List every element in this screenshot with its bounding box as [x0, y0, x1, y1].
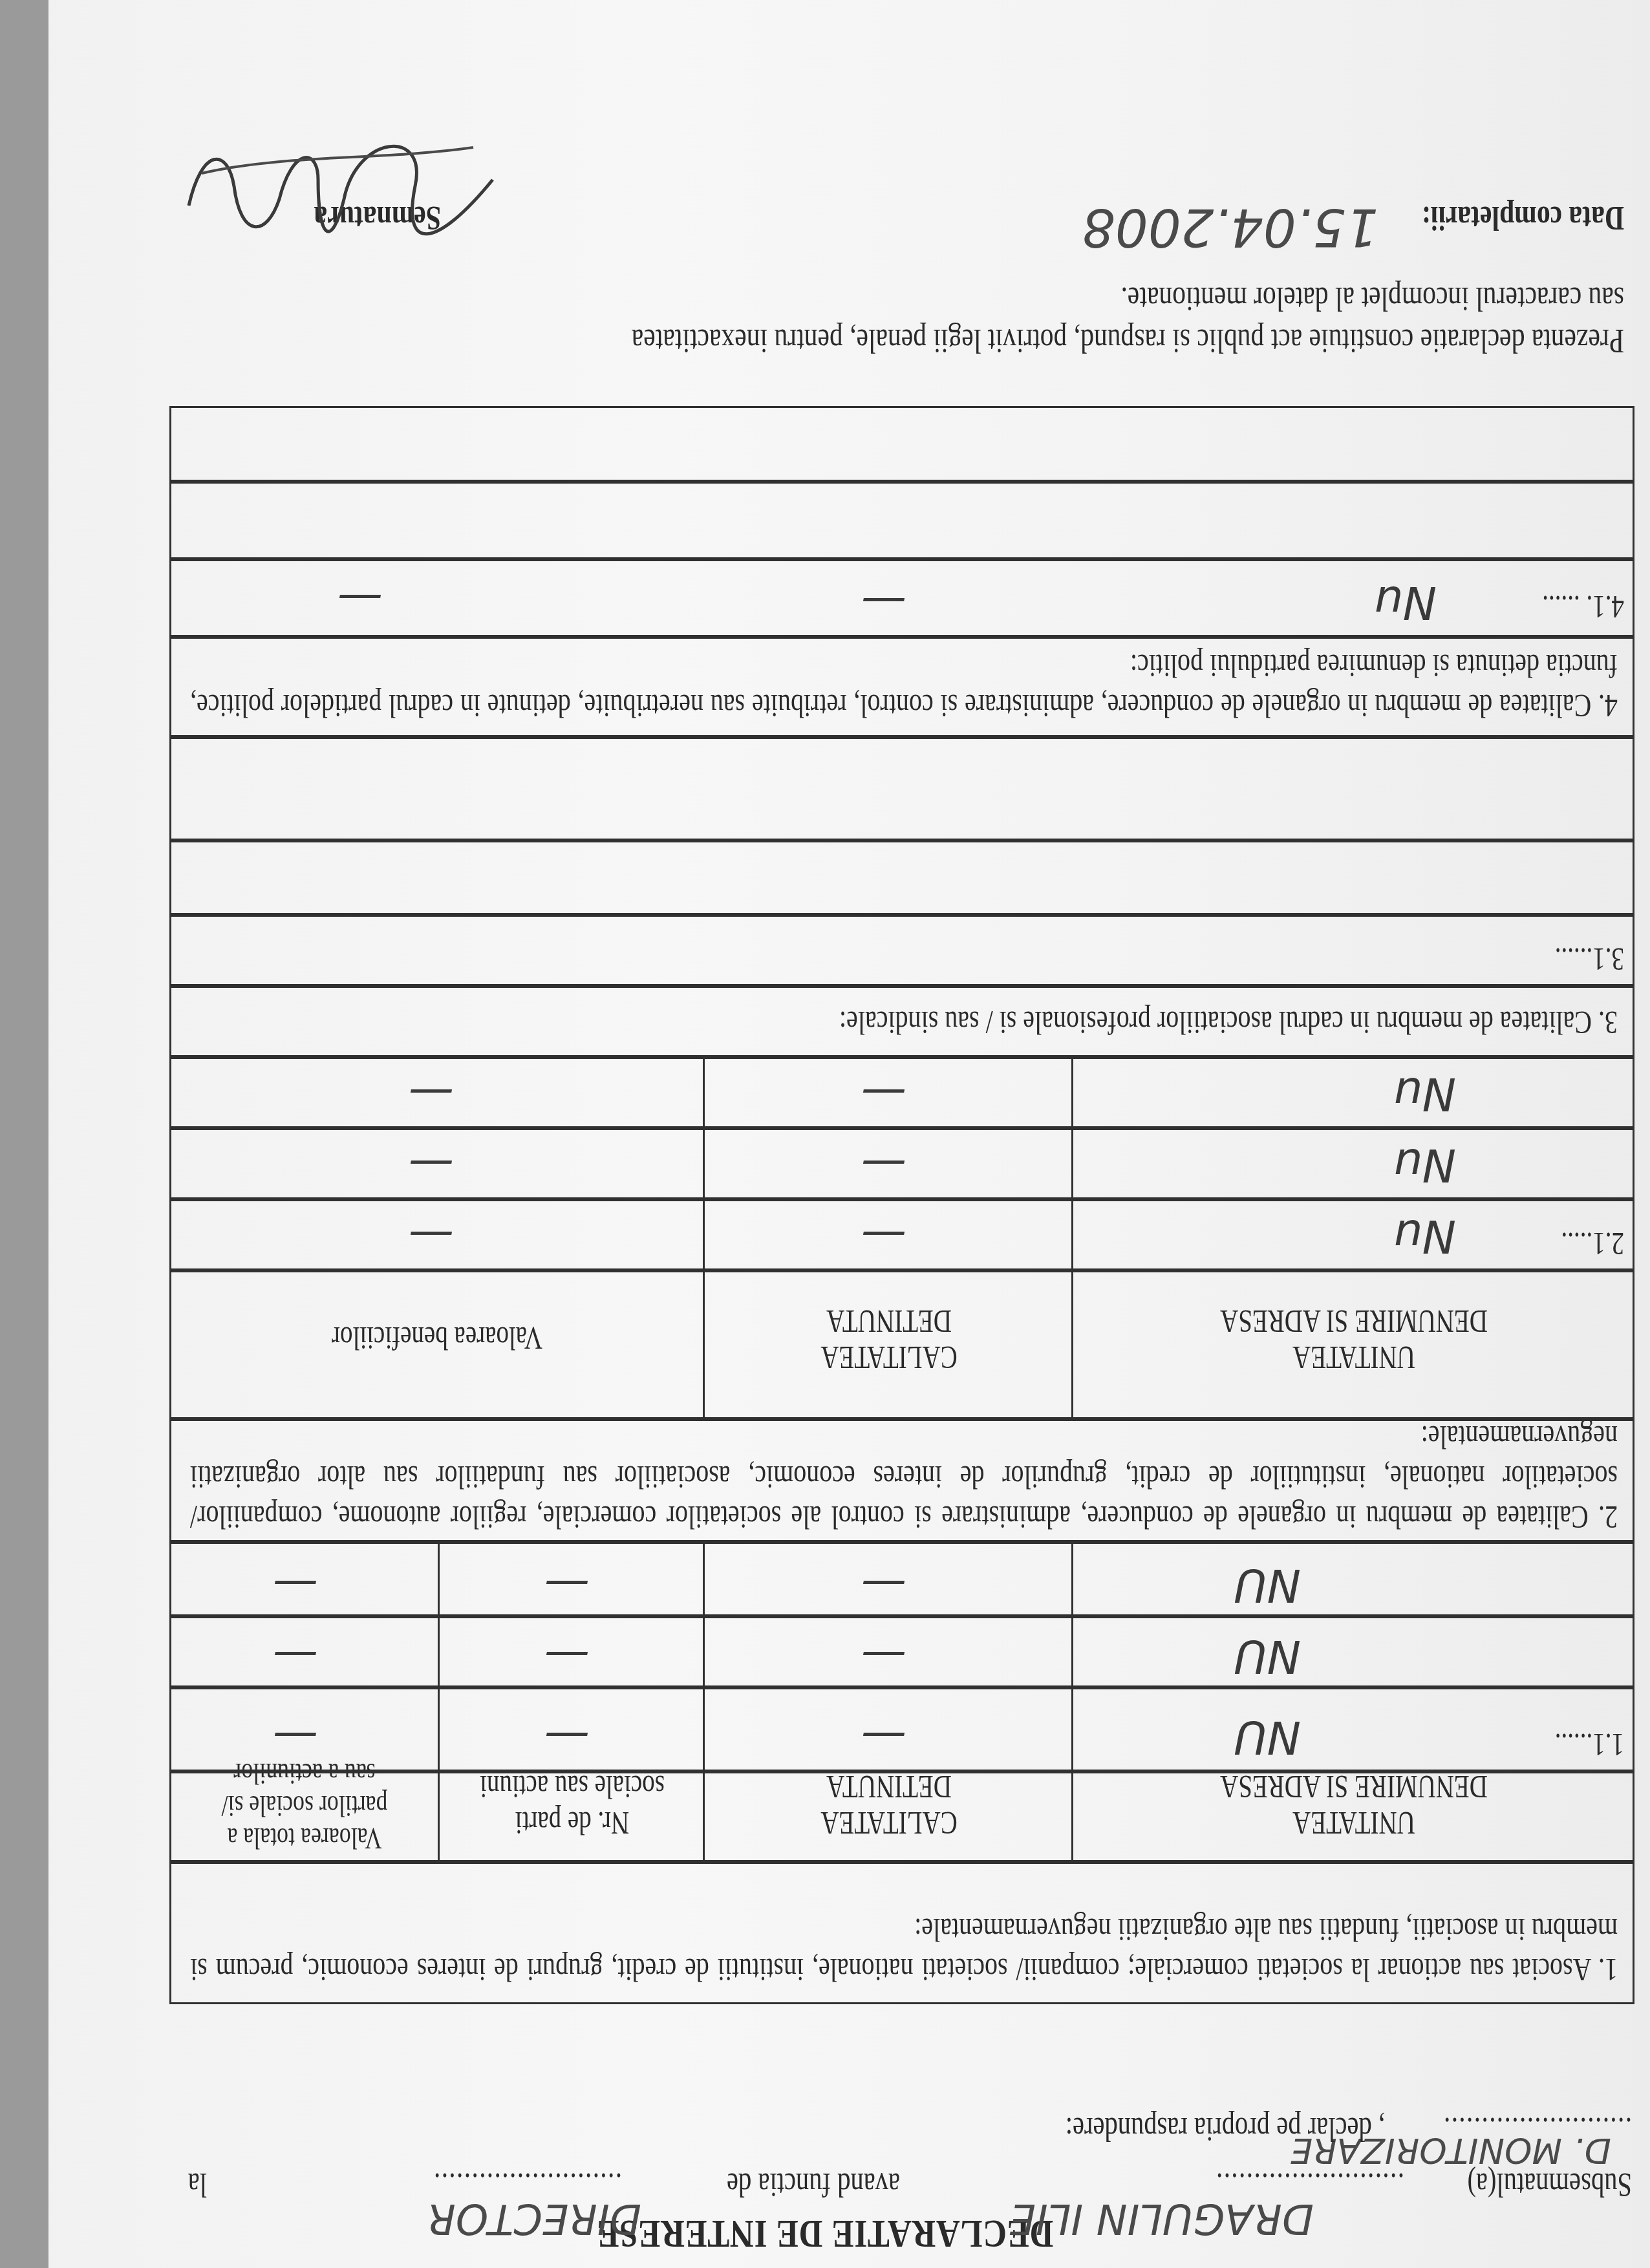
s2-r1-valoare: — — [409, 1210, 454, 1263]
s4-r1-dash: — — [861, 576, 906, 629]
s2-r1-unitatea: Nu — [1393, 1210, 1456, 1263]
col-divider — [1071, 1057, 1073, 1419]
s2-r1-calitatea: — — [861, 1210, 906, 1263]
scanned-document-page: DECLARATIE DE INTERESE Subsemnatul(a) ..… — [0, 0, 1650, 2268]
row-divider — [169, 1540, 1634, 1544]
s2-r2-valoare: — — [409, 1139, 454, 1192]
row-divider — [169, 480, 1634, 484]
row-divider — [169, 557, 1634, 561]
s1-r2-valoare: — — [273, 1630, 318, 1683]
section-2-text: 2. Calitatea de membru in organele de co… — [190, 1417, 1618, 1537]
row-divider — [169, 1126, 1634, 1130]
s1-r3-unitatea: NU — [1234, 1559, 1301, 1612]
col-divider — [1071, 1540, 1073, 1862]
row-divider — [169, 635, 1634, 639]
intro-declar: , declar pe propria raspundere: — [1066, 2110, 1385, 2148]
intro-suffix: la — [188, 2165, 207, 2203]
row-divider — [169, 1268, 1634, 1272]
s1-r2-calitatea: — — [861, 1630, 906, 1683]
scanner-margin — [0, 0, 48, 2268]
s1-r1-nr: — — [544, 1711, 590, 1764]
date-label: Data completarii: — [1422, 197, 1624, 238]
s2-col-calitatea: CALITATEA DETINUTA — [745, 1303, 1033, 1376]
s2-col-unitatea: UNITATEA DENUMIRE SI ADRESA — [1135, 1303, 1572, 1376]
row-divider — [169, 984, 1634, 988]
row-divider — [169, 1417, 1634, 1421]
col-divider — [703, 1057, 705, 1419]
row-divider — [169, 839, 1634, 842]
s1-r1-valoare: — — [273, 1711, 318, 1764]
signature-icon — [176, 109, 512, 277]
col-divider — [703, 1540, 705, 1862]
row-divider — [169, 735, 1634, 739]
s1-col-calitatea: CALITATEA DETINUTA — [745, 1769, 1033, 1841]
row-divider — [169, 1685, 1634, 1689]
statement-line-2: sau caracterul incomplet al datelor ment… — [1121, 277, 1625, 319]
s1-r3-nr: — — [544, 1559, 590, 1612]
s1-r3-calitatea: — — [861, 1559, 906, 1612]
s1-r3-valoare: — — [273, 1559, 318, 1612]
s1-r1-calitatea: — — [861, 1711, 906, 1764]
row-divider — [169, 913, 1634, 917]
s4-row-label: 4.1. ...... — [1542, 588, 1624, 626]
s2-r2-unitatea: Nu — [1393, 1139, 1456, 1192]
s2-r2-calitatea: — — [861, 1139, 906, 1192]
section-4-text: 4. Calitatea de membru in organele de co… — [190, 646, 1618, 726]
s4-r1-value: Nu — [1374, 576, 1437, 629]
row-divider — [169, 1770, 1634, 1773]
s3-row-label: 3.1...... — [1555, 941, 1624, 978]
col-divider — [438, 1540, 440, 1862]
s1-col-unitatea: UNITATEA DENUMIRE SI ADRESA — [1135, 1769, 1572, 1841]
s2-r3-valoare: — — [409, 1067, 454, 1120]
date-value: 15.04.2008 — [1082, 197, 1378, 257]
s1-r2-nr: — — [544, 1630, 590, 1683]
row-divider — [169, 1055, 1634, 1059]
s2-col-valoarea: Valoarea beneficiilor — [228, 1320, 646, 1356]
s1-col-nr-parti: Nr. de parti sociale sau actiuni — [469, 1769, 676, 1841]
handwritten-function: DIRECTOR — [427, 2194, 641, 2242]
section-1-text: 1. Asociat sau actionar la societati com… — [190, 1910, 1618, 1990]
s1-r1-unitatea: NU — [1234, 1711, 1301, 1764]
s1-row-label: 1.1...... — [1555, 1726, 1624, 1764]
statement-line-1: Prezenta declaratie constituie act publi… — [632, 319, 1624, 361]
s1-r2-unitatea: NU — [1234, 1630, 1301, 1683]
intro-mid-text: avand functia de — [727, 2165, 900, 2203]
row-divider — [169, 1614, 1634, 1618]
section-3-text: 3. Calitatea de membru in cadrul asociat… — [190, 1003, 1618, 1043]
s2-r3-unitatea: Nu — [1393, 1067, 1456, 1120]
s2-row-label: 2.1..... — [1561, 1225, 1625, 1263]
handwritten-name: DRAGULIN ILIE — [1009, 2194, 1314, 2242]
s4-r1-dash2: — — [337, 573, 383, 626]
s2-r3-calitatea: — — [861, 1067, 906, 1120]
row-divider — [169, 1197, 1634, 1201]
row-divider — [169, 1860, 1634, 1864]
